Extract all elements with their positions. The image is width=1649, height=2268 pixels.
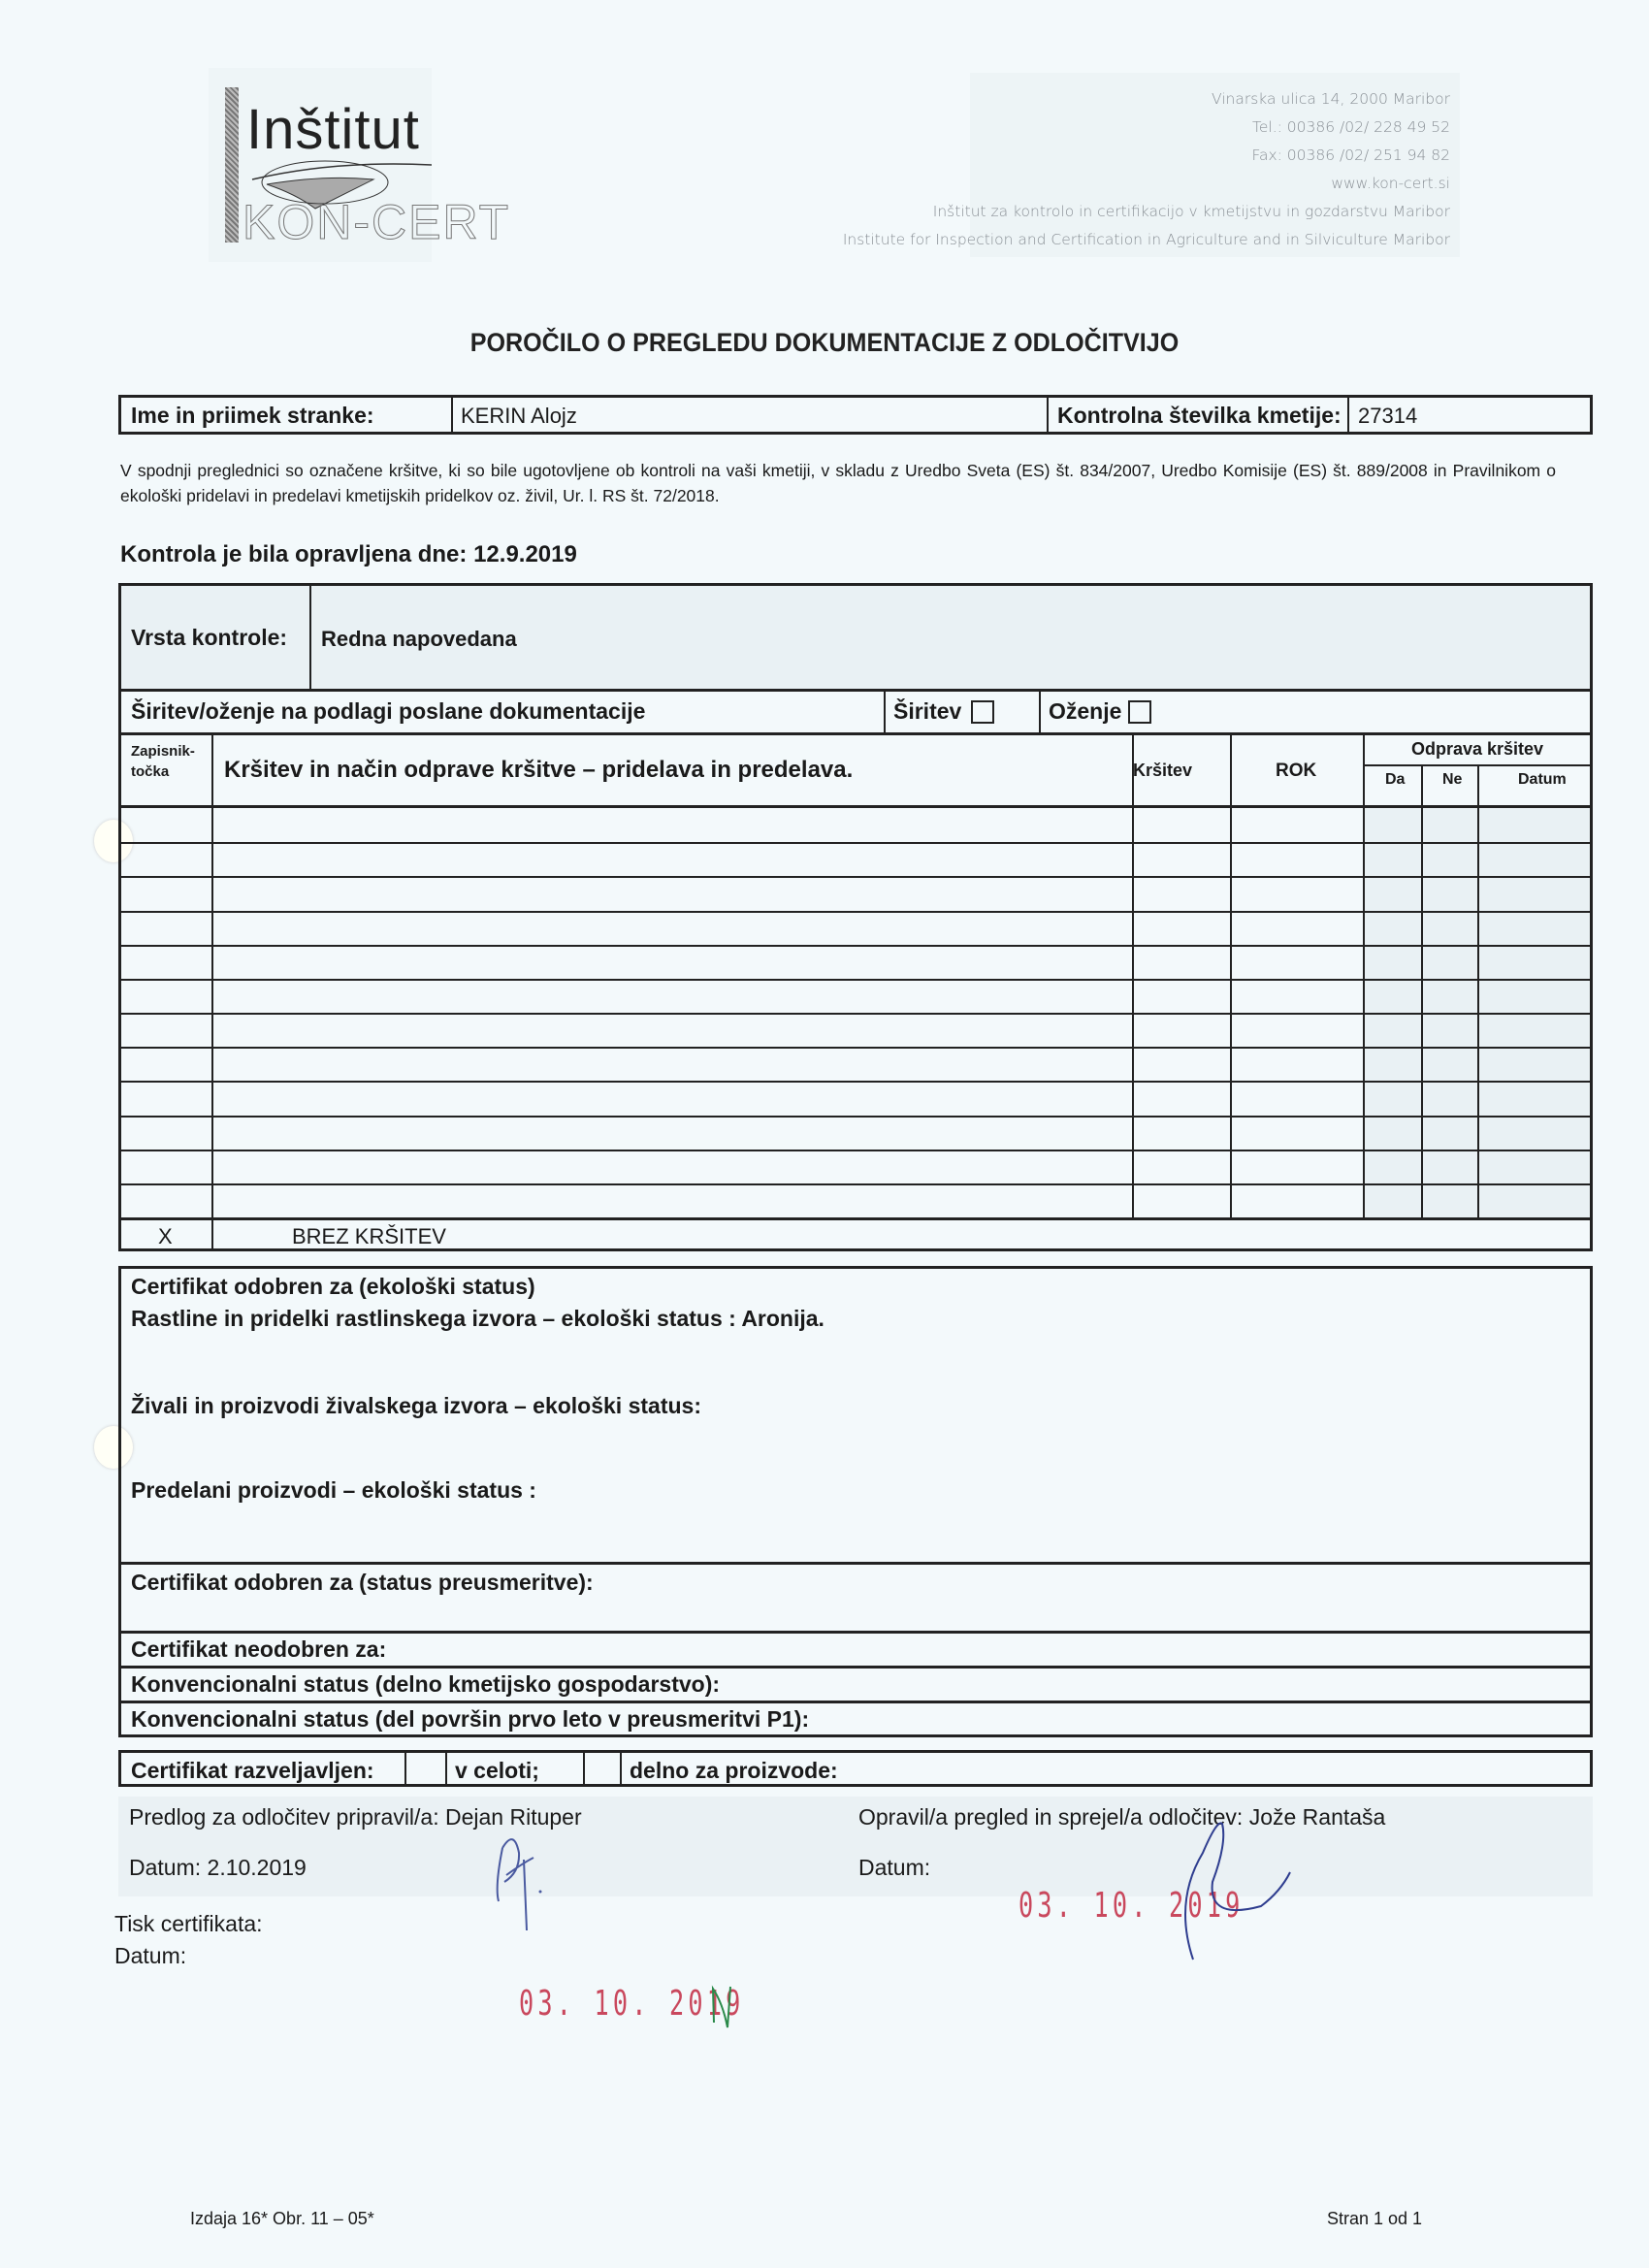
table-row <box>121 1013 1592 1047</box>
header-deadline: ROK <box>1276 761 1316 782</box>
no-violation-text: BREZ KRŠITEV <box>292 1224 446 1249</box>
control-type-label: Vrsta kontrole: <box>131 625 287 651</box>
header-yes: Da <box>1385 771 1405 789</box>
table-row <box>121 1116 1592 1150</box>
website-line: www.kon-cert.si <box>843 170 1450 198</box>
document-title: POROČILO O PREGLEDU DOKUMENTACIJE Z ODLO… <box>58 328 1592 358</box>
institute-name-sl: Inštitut za kontrolo in certifikacijo v … <box>843 198 1450 226</box>
address-line: Vinarska ulica 14, 2000 Maribor <box>843 85 1450 113</box>
control-date: Kontrola je bila opravljena dne: 12.9.20… <box>120 541 577 568</box>
initials-icon <box>708 1979 737 2037</box>
control-date-value: 12.9.2019 <box>473 541 577 567</box>
extension-option-label: Širitev <box>893 698 961 725</box>
processed-line: Predelani proizvodi – ekološki status : <box>131 1477 536 1504</box>
institute-name-en: Institute for Inspection and Certificati… <box>843 226 1450 254</box>
revoked-label: Certifikat razveljavljen: <box>131 1758 374 1784</box>
reviewed-by: Opravil/a pregled in sprejel/a odločitev… <box>858 1804 1385 1831</box>
fax-line: Fax: 00386 /02/ 251 94 82 <box>843 142 1450 170</box>
control-type-value: Redna napovedana <box>321 627 517 652</box>
phone-line: Tel.: 00386 /02/ 228 49 52 <box>843 113 1450 142</box>
table-row <box>121 1150 1592 1183</box>
client-info-row: Ime in priimek stranke: KERIN Alojz Kont… <box>118 395 1593 435</box>
table-row <box>121 911 1592 945</box>
table-row <box>121 1047 1592 1081</box>
signature-preparer-icon <box>485 1829 572 1935</box>
header-remedy-group: Odprava kršitev <box>1411 739 1543 760</box>
revoked-whole-label: v celoti; <box>455 1758 539 1784</box>
certificate-revoked-row: Certifikat razveljavljen: v celoti; deln… <box>118 1750 1593 1787</box>
logo-bar <box>225 87 239 243</box>
not-approved-label: Certifikat neodobren za: <box>131 1636 386 1663</box>
control-type-box: Vrsta kontrole: Redna napovedana <box>118 583 1593 692</box>
table-row <box>121 979 1592 1013</box>
header-date: Datum <box>1518 771 1567 789</box>
farm-number-value: 27314 <box>1358 404 1417 429</box>
reviewed-date-label: Datum: <box>858 1855 930 1881</box>
extension-label: Širitev/oženje na podlagi poslane dokume… <box>131 698 645 725</box>
farm-number-label: Kontrolna številka kmetije: <box>1057 403 1342 429</box>
header-no: Ne <box>1442 771 1462 789</box>
header-record-point: Zapisnik-točka <box>131 741 209 782</box>
certificate-eco-box: Certifikat odobren za (ekološki status) … <box>118 1266 1593 1565</box>
extension-checkbox[interactable] <box>971 700 994 724</box>
extension-row: Širitev/oženje na podlagi poslane dokume… <box>118 689 1593 735</box>
institute-address: Vinarska ulica 14, 2000 Maribor Tel.: 00… <box>843 85 1450 254</box>
no-violation-mark: X <box>158 1224 173 1249</box>
narrowing-checkbox[interactable] <box>1128 700 1151 724</box>
client-name-label: Ime in priimek stranke: <box>131 403 374 429</box>
table-row <box>121 842 1592 876</box>
table-row <box>121 808 1592 842</box>
signature-reviewer-icon <box>1164 1814 1300 1969</box>
header-violation: Kršitev <box>1133 761 1192 781</box>
print-certificate-label: Tisk certifikata: <box>114 1911 263 1937</box>
conventional-p1-label: Konvencionalni status (del površin prvo … <box>131 1706 809 1733</box>
footer-page-number: Stran 1 od 1 <box>1327 2209 1422 2229</box>
table-row <box>121 1183 1592 1217</box>
violations-table: Zapisnik-točka Kršitev in način odprave … <box>118 732 1593 1251</box>
table-row <box>121 1081 1592 1115</box>
intro-text: V spodnji preglednici so označene kršitv… <box>120 458 1556 508</box>
prepared-by: Predlog za odločitev pripravil/a: Dejan … <box>129 1804 582 1831</box>
prepared-date: Datum: 2.10.2019 <box>129 1855 307 1881</box>
logo-text-bottom: KON-CERT <box>242 194 510 250</box>
plants-line: Rastline in pridelki rastlinskega izvora… <box>131 1306 824 1332</box>
client-name-value: KERIN Alojz <box>461 404 577 429</box>
revoked-partial-label: delno za proizvode: <box>630 1758 838 1784</box>
footer-edition: Izdaja 16* Obr. 11 – 05* <box>190 2209 374 2229</box>
narrowing-option-label: Oženje <box>1049 698 1121 725</box>
certificate-approved-eco-label: Certifikat odobren za (ekološki status) <box>131 1274 535 1300</box>
control-date-label: Kontrola je bila opravljena dne: <box>120 541 467 567</box>
table-row <box>121 945 1592 979</box>
logo-text-top: Inštitut <box>246 97 420 162</box>
conventional-partial-label: Konvencionalni status (delno kmetijsko g… <box>131 1671 720 1698</box>
certificate-status-box: Certifikat odobren za (status preusmerit… <box>118 1562 1593 1737</box>
header-description: Kršitev in način odprave kršitve – pride… <box>224 757 853 784</box>
animals-line: Živali in proizvodi živalskega izvora – … <box>131 1393 701 1419</box>
print-date-label: Datum: <box>114 1943 186 1969</box>
approved-conversion-label: Certifikat odobren za (status preusmerit… <box>131 1570 594 1596</box>
table-row <box>121 876 1592 910</box>
